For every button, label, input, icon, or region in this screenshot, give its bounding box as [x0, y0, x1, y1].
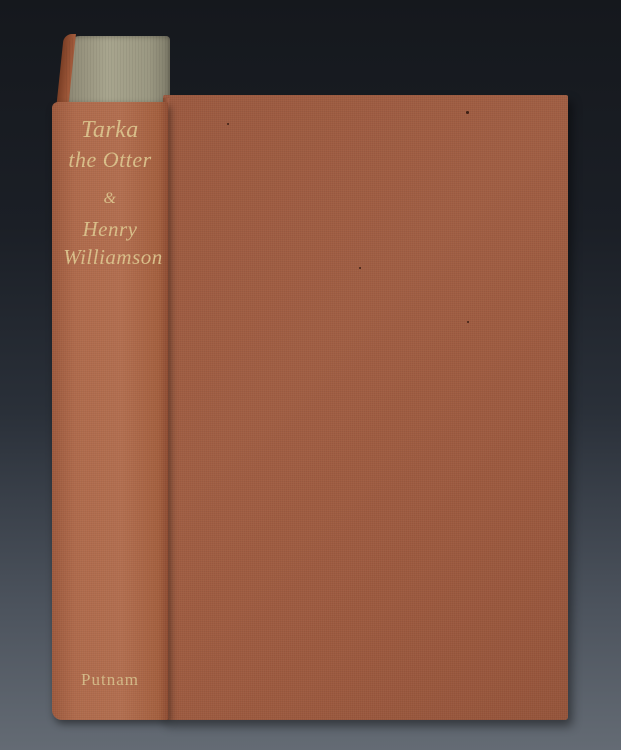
front-board	[163, 95, 568, 720]
stain-mark	[227, 123, 229, 125]
book-photo: Tarka the Otter & Henry Williamson Putna…	[0, 0, 621, 750]
spine-title-line-2: the Otter	[52, 147, 168, 173]
ampersand-ornament-icon: &	[52, 190, 168, 208]
spine-author-line-2: Williamson	[54, 245, 172, 270]
book-spine: Tarka the Otter & Henry Williamson Putna…	[52, 102, 168, 720]
page-edges	[66, 36, 170, 106]
spine-author-line-1: Henry	[52, 217, 168, 242]
stain-mark	[359, 267, 361, 269]
stain-mark	[466, 111, 469, 114]
stain-mark	[467, 321, 469, 323]
spine-title-line-1: Tarka	[52, 117, 168, 144]
spine-publisher: Putnam	[52, 670, 168, 690]
